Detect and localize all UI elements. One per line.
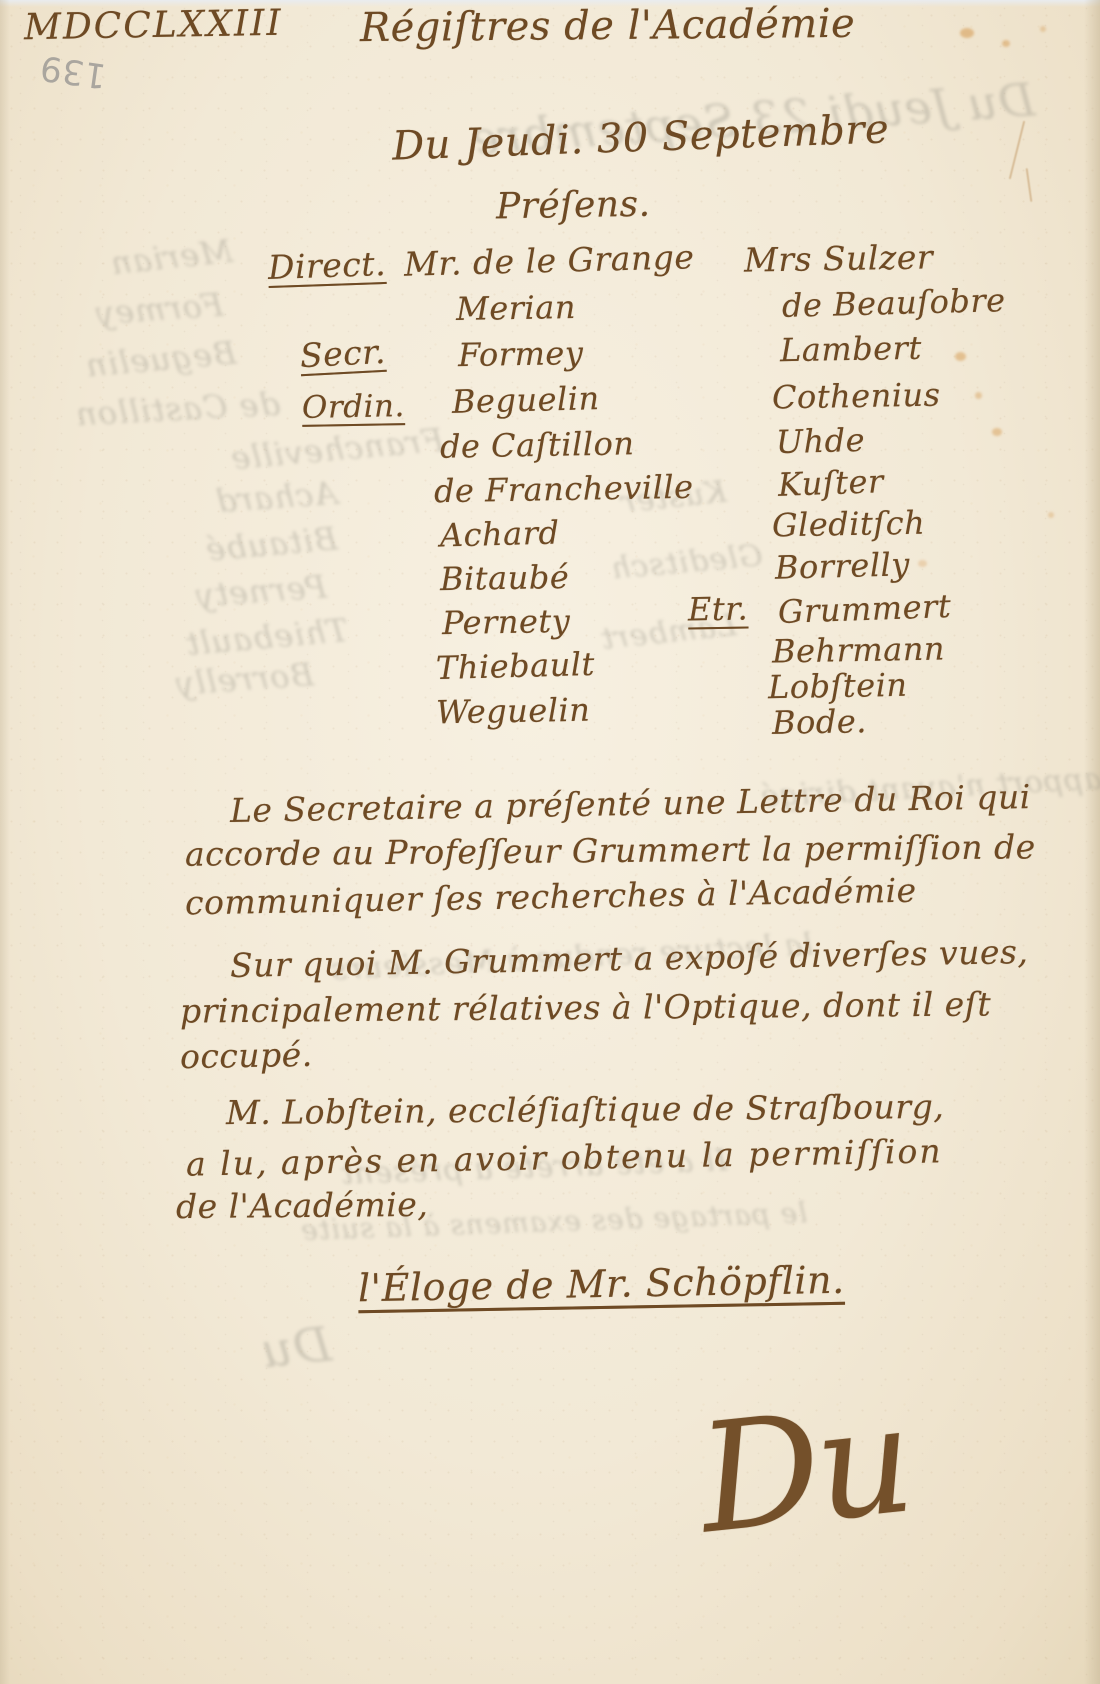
- attendee-name: Formey: [458, 336, 584, 373]
- attendee-name: Thiebault: [436, 647, 596, 686]
- minutes-paragraph-line: a lu, après en avoir obtenu la permiſſio…: [186, 1133, 943, 1182]
- bleedthrough-text: Thiebault: [184, 611, 350, 663]
- bleedthrough-text: Pernety: [194, 567, 328, 614]
- role-label-etrangers: Etr.: [688, 591, 749, 627]
- attendee-name: de Beauſobre: [782, 283, 1006, 324]
- foxing-spot: [975, 392, 982, 399]
- minutes-paragraph-line: occupé.: [180, 1037, 313, 1076]
- catchword: Du: [692, 1378, 917, 1564]
- manuscript-page: Du Jeudi 23 Septembre Merian Formey Begu…: [0, 0, 1100, 1684]
- bleedthrough-text: Francheville: [229, 421, 446, 478]
- page-header-title: Régiſtres de l'Académie: [360, 2, 856, 50]
- attendee-name: Bode.: [772, 704, 867, 741]
- foxing-spot: [1040, 26, 1046, 32]
- attendee-name: Lambert: [780, 331, 922, 369]
- ink-streak: [1009, 121, 1025, 180]
- foxing-spot: [960, 28, 974, 38]
- attendee-name: Beguelin: [452, 381, 600, 420]
- attendee-name: Mr. de le Grange: [404, 239, 695, 283]
- bleedthrough-text: de Castillon: [74, 385, 281, 434]
- folio-number-pencil: 139: [38, 48, 109, 94]
- attendee-name: Merian: [456, 290, 577, 327]
- bleedthrough-text: Bitaubé: [204, 519, 340, 568]
- minutes-paragraph-line: M. Lobſtein, eccléſiaſtique de Straſbour…: [226, 1089, 945, 1132]
- attendee-name: Cothenius: [772, 378, 941, 416]
- attendee-name: Bitaubé: [440, 560, 570, 597]
- role-label-direct: Direct.: [267, 246, 386, 286]
- bleedthrough-text: Du: [257, 1316, 334, 1379]
- foxing-spot: [1048, 512, 1054, 518]
- minutes-paragraph-line: principalement rélatives à l'Optique, do…: [180, 986, 991, 1029]
- minutes-paragraph-line: accorde au Profeſſeur Grummert la permiſ…: [185, 829, 1036, 873]
- bleedthrough-text: Merian: [108, 232, 234, 283]
- attendee-name: Weguelin: [436, 693, 591, 731]
- year-roman: MDCCLXXIII: [24, 4, 283, 48]
- attendee-name: Mrs Sulzer: [744, 239, 934, 279]
- bleedthrough-text: Achard: [214, 474, 339, 520]
- minutes-paragraph-line: communiquer ſes recherches à l'Académie: [185, 873, 917, 922]
- attendee-name: Pernety: [442, 604, 571, 641]
- ink-streak: [1026, 168, 1033, 202]
- attendee-name: Kuſter: [777, 464, 884, 503]
- role-label-secr: Secr.: [299, 334, 387, 375]
- bleedthrough-text: Formey: [94, 286, 225, 333]
- role-label-ordin: Ordin.: [302, 389, 405, 425]
- attendee-name: de Caſtillon: [440, 426, 635, 465]
- attendee-name: de Francheville: [434, 470, 694, 510]
- minutes-paragraph-line: de l'Académie,: [176, 1187, 429, 1225]
- minutes-paragraph-line: Sur quoi M. Grummert a expoſé diverſes v…: [230, 934, 1029, 984]
- scan-left-edge: [0, 0, 10, 1684]
- attendee-name: Uhde: [776, 423, 866, 461]
- minutes-paragraph-line: Le Secretaire a préſenté une Lettre du R…: [230, 779, 1031, 829]
- bleedthrough-text: Beguelin: [84, 333, 238, 384]
- attendee-name: Behrmann: [772, 631, 946, 669]
- foxing-spot: [918, 560, 927, 567]
- attendee-name: Borrelly: [775, 547, 911, 586]
- eloge-title-line: l'Éloge de Mr. Schöpflin.: [358, 1260, 845, 1310]
- attendee-name: Gleditſch: [772, 506, 926, 544]
- session-date: Du Jeudi. 30 Septembre: [391, 107, 889, 168]
- scan-right-edge: [1084, 0, 1100, 1684]
- presens-heading: Préſens.: [496, 185, 651, 227]
- bleedthrough-text: Gleditsch: [609, 538, 764, 586]
- foxing-spot: [955, 352, 966, 361]
- attendee-name: Achard: [440, 515, 560, 553]
- foxing-spot: [992, 428, 1002, 436]
- attendee-name: Lobſtein: [768, 668, 908, 706]
- foxing-spot: [1002, 40, 1010, 47]
- attendee-name: Grummert: [777, 589, 951, 630]
